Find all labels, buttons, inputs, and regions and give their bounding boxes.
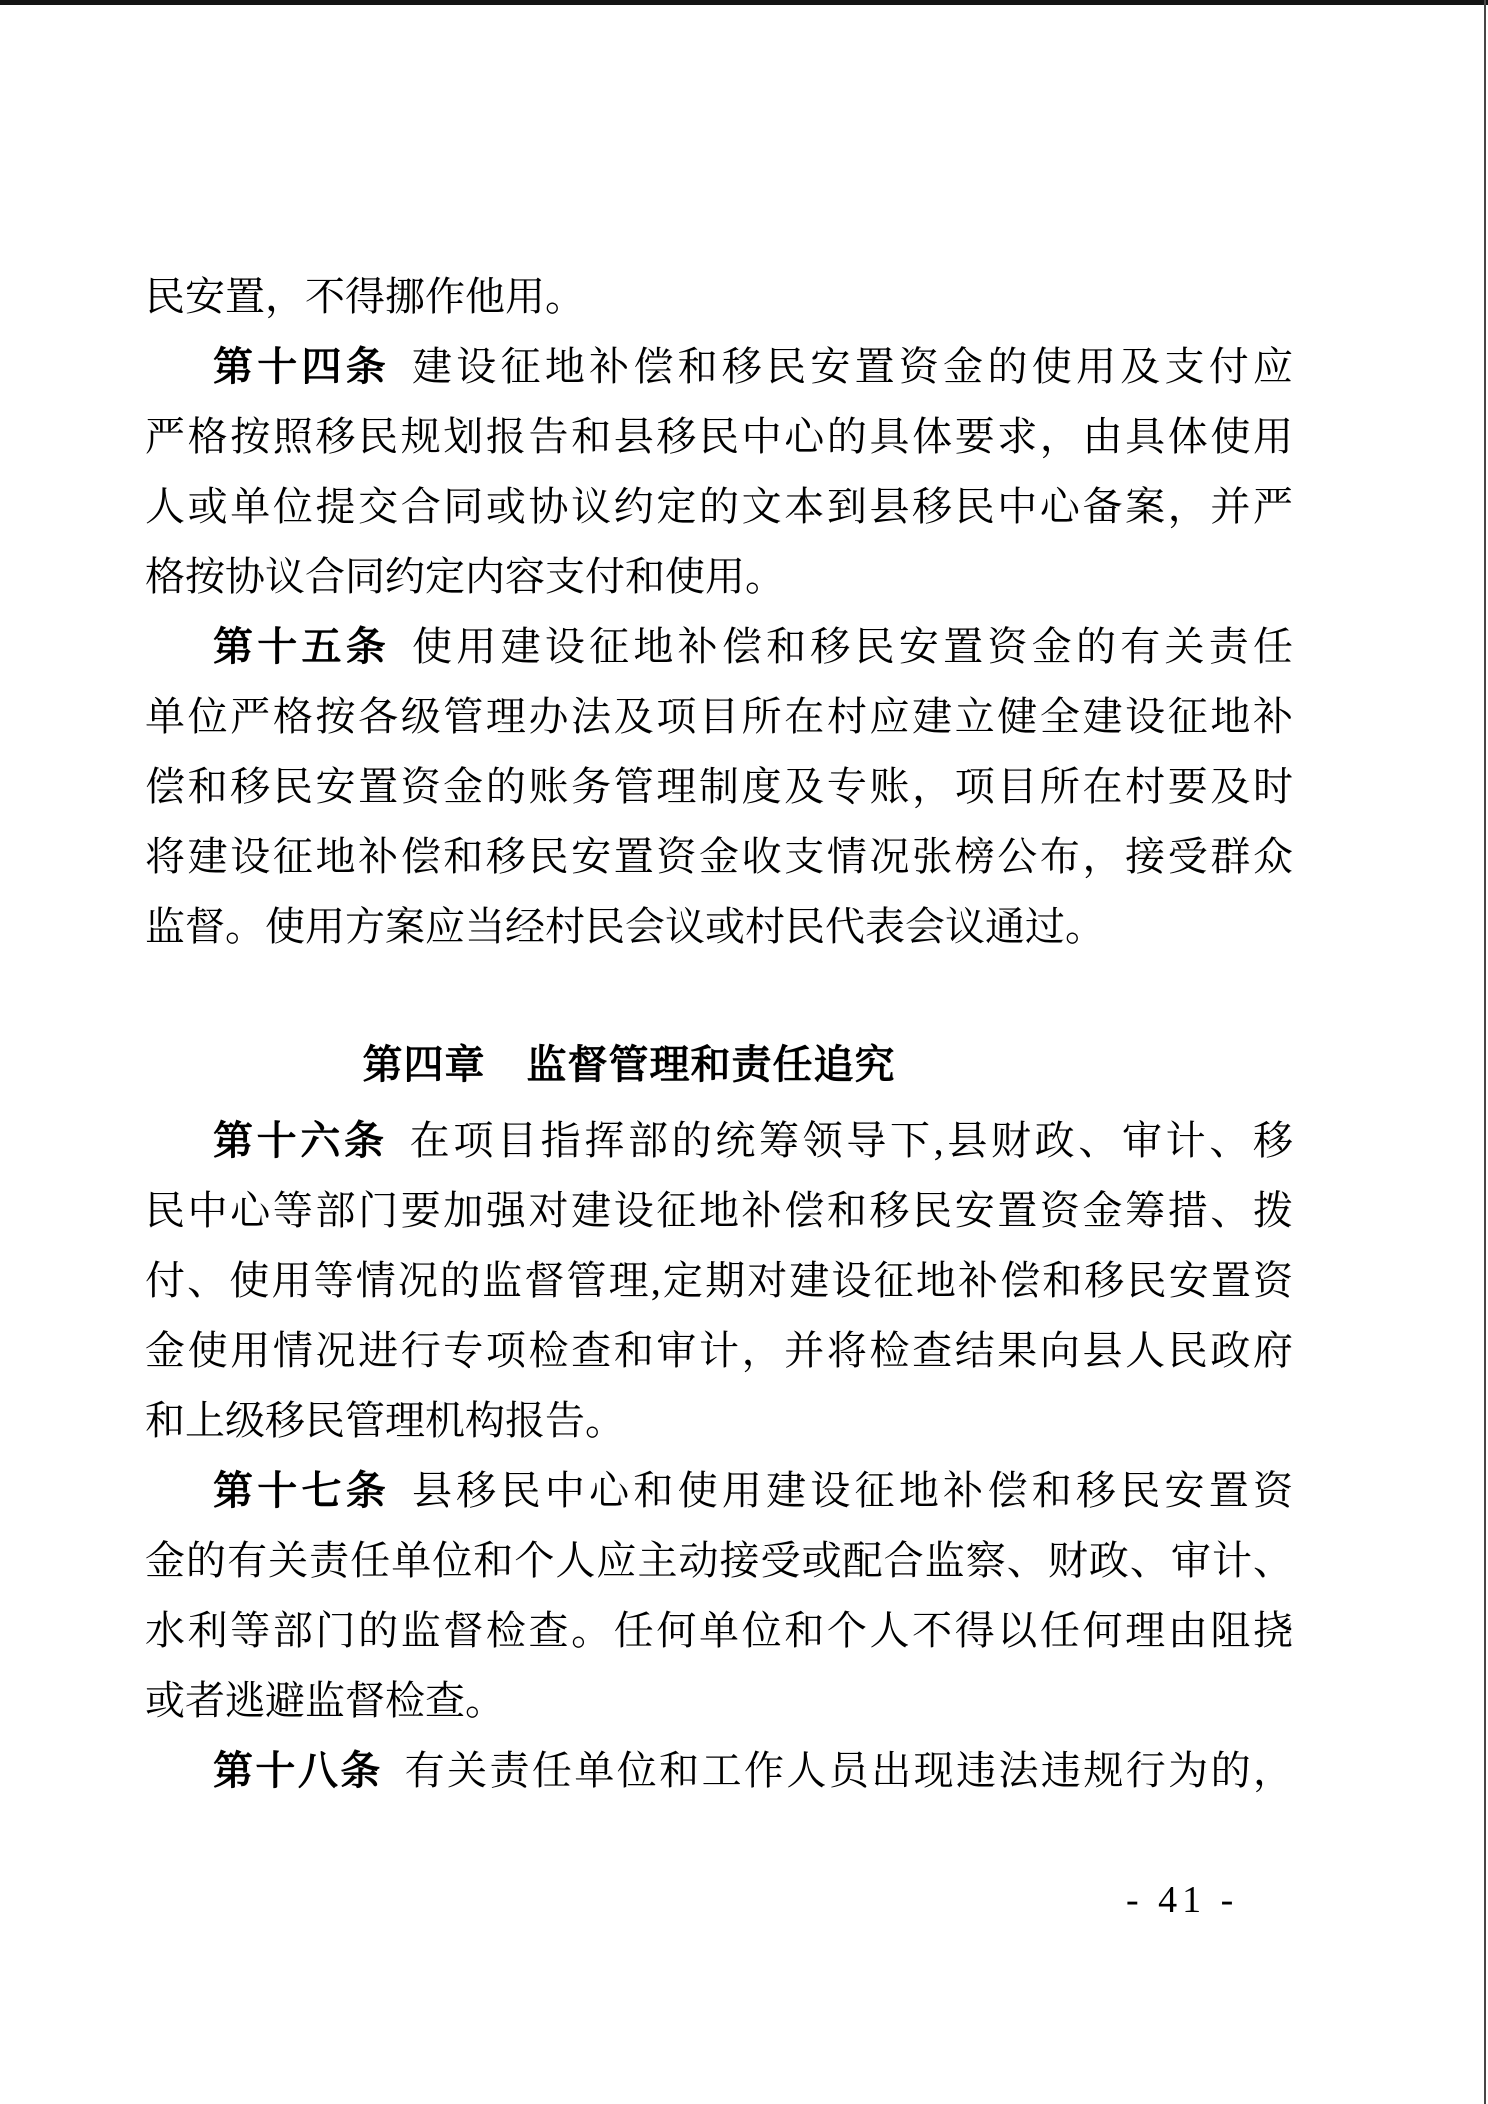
line-text: 或者逃避监督检查。 [145,1678,505,1723]
article-number: 第十八条 [213,1748,383,1793]
line-text: 单位严格按各级管理办法及项目所在村应建立健全建设征地补 [145,694,1293,739]
paragraph-block-2: 第十六条在项目指挥部的统筹领导下,县财政、审计、移民中心等部门要加强对建设征地补… [145,1106,1293,1806]
line-text: 民中心等部门要加强对建设征地补偿和移民安置资金筹措、拨 [145,1188,1293,1233]
line-text: 在项目指挥部的统筹领导下,县财政、审计、移 [410,1118,1293,1163]
text-line: 格按协议合同约定内容支付和使用。 [145,542,1293,612]
text-line: 水利等部门的监督检查。任何单位和个人不得以任何理由阻挠 [145,1596,1293,1666]
line-text: 民安置，不得挪作他用。 [145,274,585,319]
line-text: 使用建设征地补偿和移民安置资金的有关责任 [412,624,1293,669]
line-text: 有关责任单位和工作人员出现违法违规行为的， [405,1748,1293,1793]
text-line: 人或单位提交合同或协议约定的文本到县移民中心备案，并严 [145,472,1293,542]
line-text: 县移民中心和使用建设征地补偿和移民安置资 [412,1468,1293,1513]
text-line: 偿和移民安置资金的账务管理制度及专账，项目所在村要及时 [145,752,1293,822]
text-line: 民安置，不得挪作他用。 [145,262,1293,332]
text-line: 付、使用等情况的监督管理,定期对建设征地补偿和移民安置资 [145,1246,1293,1316]
text-line: 将建设征地补偿和移民安置资金收支情况张榜公布，接受群众 [145,822,1293,892]
text-line: 第十五条使用建设征地补偿和移民安置资金的有关责任 [145,612,1293,682]
line-text: 金的有关责任单位和个人应主动接受或配合监察、财政、审计、 [145,1538,1293,1583]
article-number: 第十六条 [213,1118,388,1163]
line-text: 格按协议合同约定内容支付和使用。 [145,554,785,599]
text-line: 单位严格按各级管理办法及项目所在村应建立健全建设征地补 [145,682,1293,752]
paragraph-block-1: 民安置，不得挪作他用。第十四条建设征地补偿和移民安置资金的使用及支付应严格按照移… [145,262,1293,962]
article-number: 第十五条 [213,624,390,669]
line-text: 将建设征地补偿和移民安置资金收支情况张榜公布，接受群众 [145,834,1293,879]
text-line: 第十七条县移民中心和使用建设征地补偿和移民安置资 [145,1456,1293,1526]
text-line: 和上级移民管理机构报告。 [145,1386,1293,1456]
text-line: 第十六条在项目指挥部的统筹领导下,县财政、审计、移 [145,1106,1293,1176]
scan-top-border [0,0,1488,5]
text-line: 金的有关责任单位和个人应主动接受或配合监察、财政、审计、 [145,1526,1293,1596]
document-body: 民安置，不得挪作他用。第十四条建设征地补偿和移民安置资金的使用及支付应严格按照移… [145,262,1293,1806]
text-line: 第十八条有关责任单位和工作人员出现违法违规行为的， [145,1736,1293,1806]
document-page: 民安置，不得挪作他用。第十四条建设征地补偿和移民安置资金的使用及支付应严格按照移… [0,0,1488,2104]
text-line: 严格按照移民规划报告和县移民中心的具体要求，由具体使用 [145,402,1293,472]
text-line: 监督。使用方案应当经村民会议或村民代表会议通过。 [145,892,1293,962]
text-line: 民中心等部门要加强对建设征地补偿和移民安置资金筹措、拨 [145,1176,1293,1246]
scan-right-border [1484,0,1486,2104]
line-text: 水利等部门的监督检查。任何单位和个人不得以任何理由阻挠 [145,1608,1293,1653]
line-text: 监督。使用方案应当经村民会议或村民代表会议通过。 [145,904,1105,949]
text-line: 第十四条建设征地补偿和移民安置资金的使用及支付应 [145,332,1293,402]
page-number: - 41 - [1126,1878,1238,1922]
chapter-heading: 第四章 监督管理和责任追究 [55,1030,1203,1100]
line-text: 偿和移民安置资金的账务管理制度及专账，项目所在村要及时 [145,764,1293,809]
article-number: 第十七条 [213,1468,390,1513]
line-text: 金使用情况进行专项检查和审计，并将检查结果向县人民政府 [145,1328,1293,1373]
line-text: 付、使用等情况的监督管理,定期对建设征地补偿和移民安置资 [145,1258,1293,1303]
line-text: 严格按照移民规划报告和县移民中心的具体要求，由具体使用 [145,414,1293,459]
text-line: 金使用情况进行专项检查和审计，并将检查结果向县人民政府 [145,1316,1293,1386]
article-number: 第十四条 [213,344,390,389]
line-text: 人或单位提交合同或协议约定的文本到县移民中心备案，并严 [145,484,1293,529]
text-line: 或者逃避监督检查。 [145,1666,1293,1736]
line-text: 和上级移民管理机构报告。 [145,1398,625,1443]
line-text: 建设征地补偿和移民安置资金的使用及支付应 [412,344,1293,389]
